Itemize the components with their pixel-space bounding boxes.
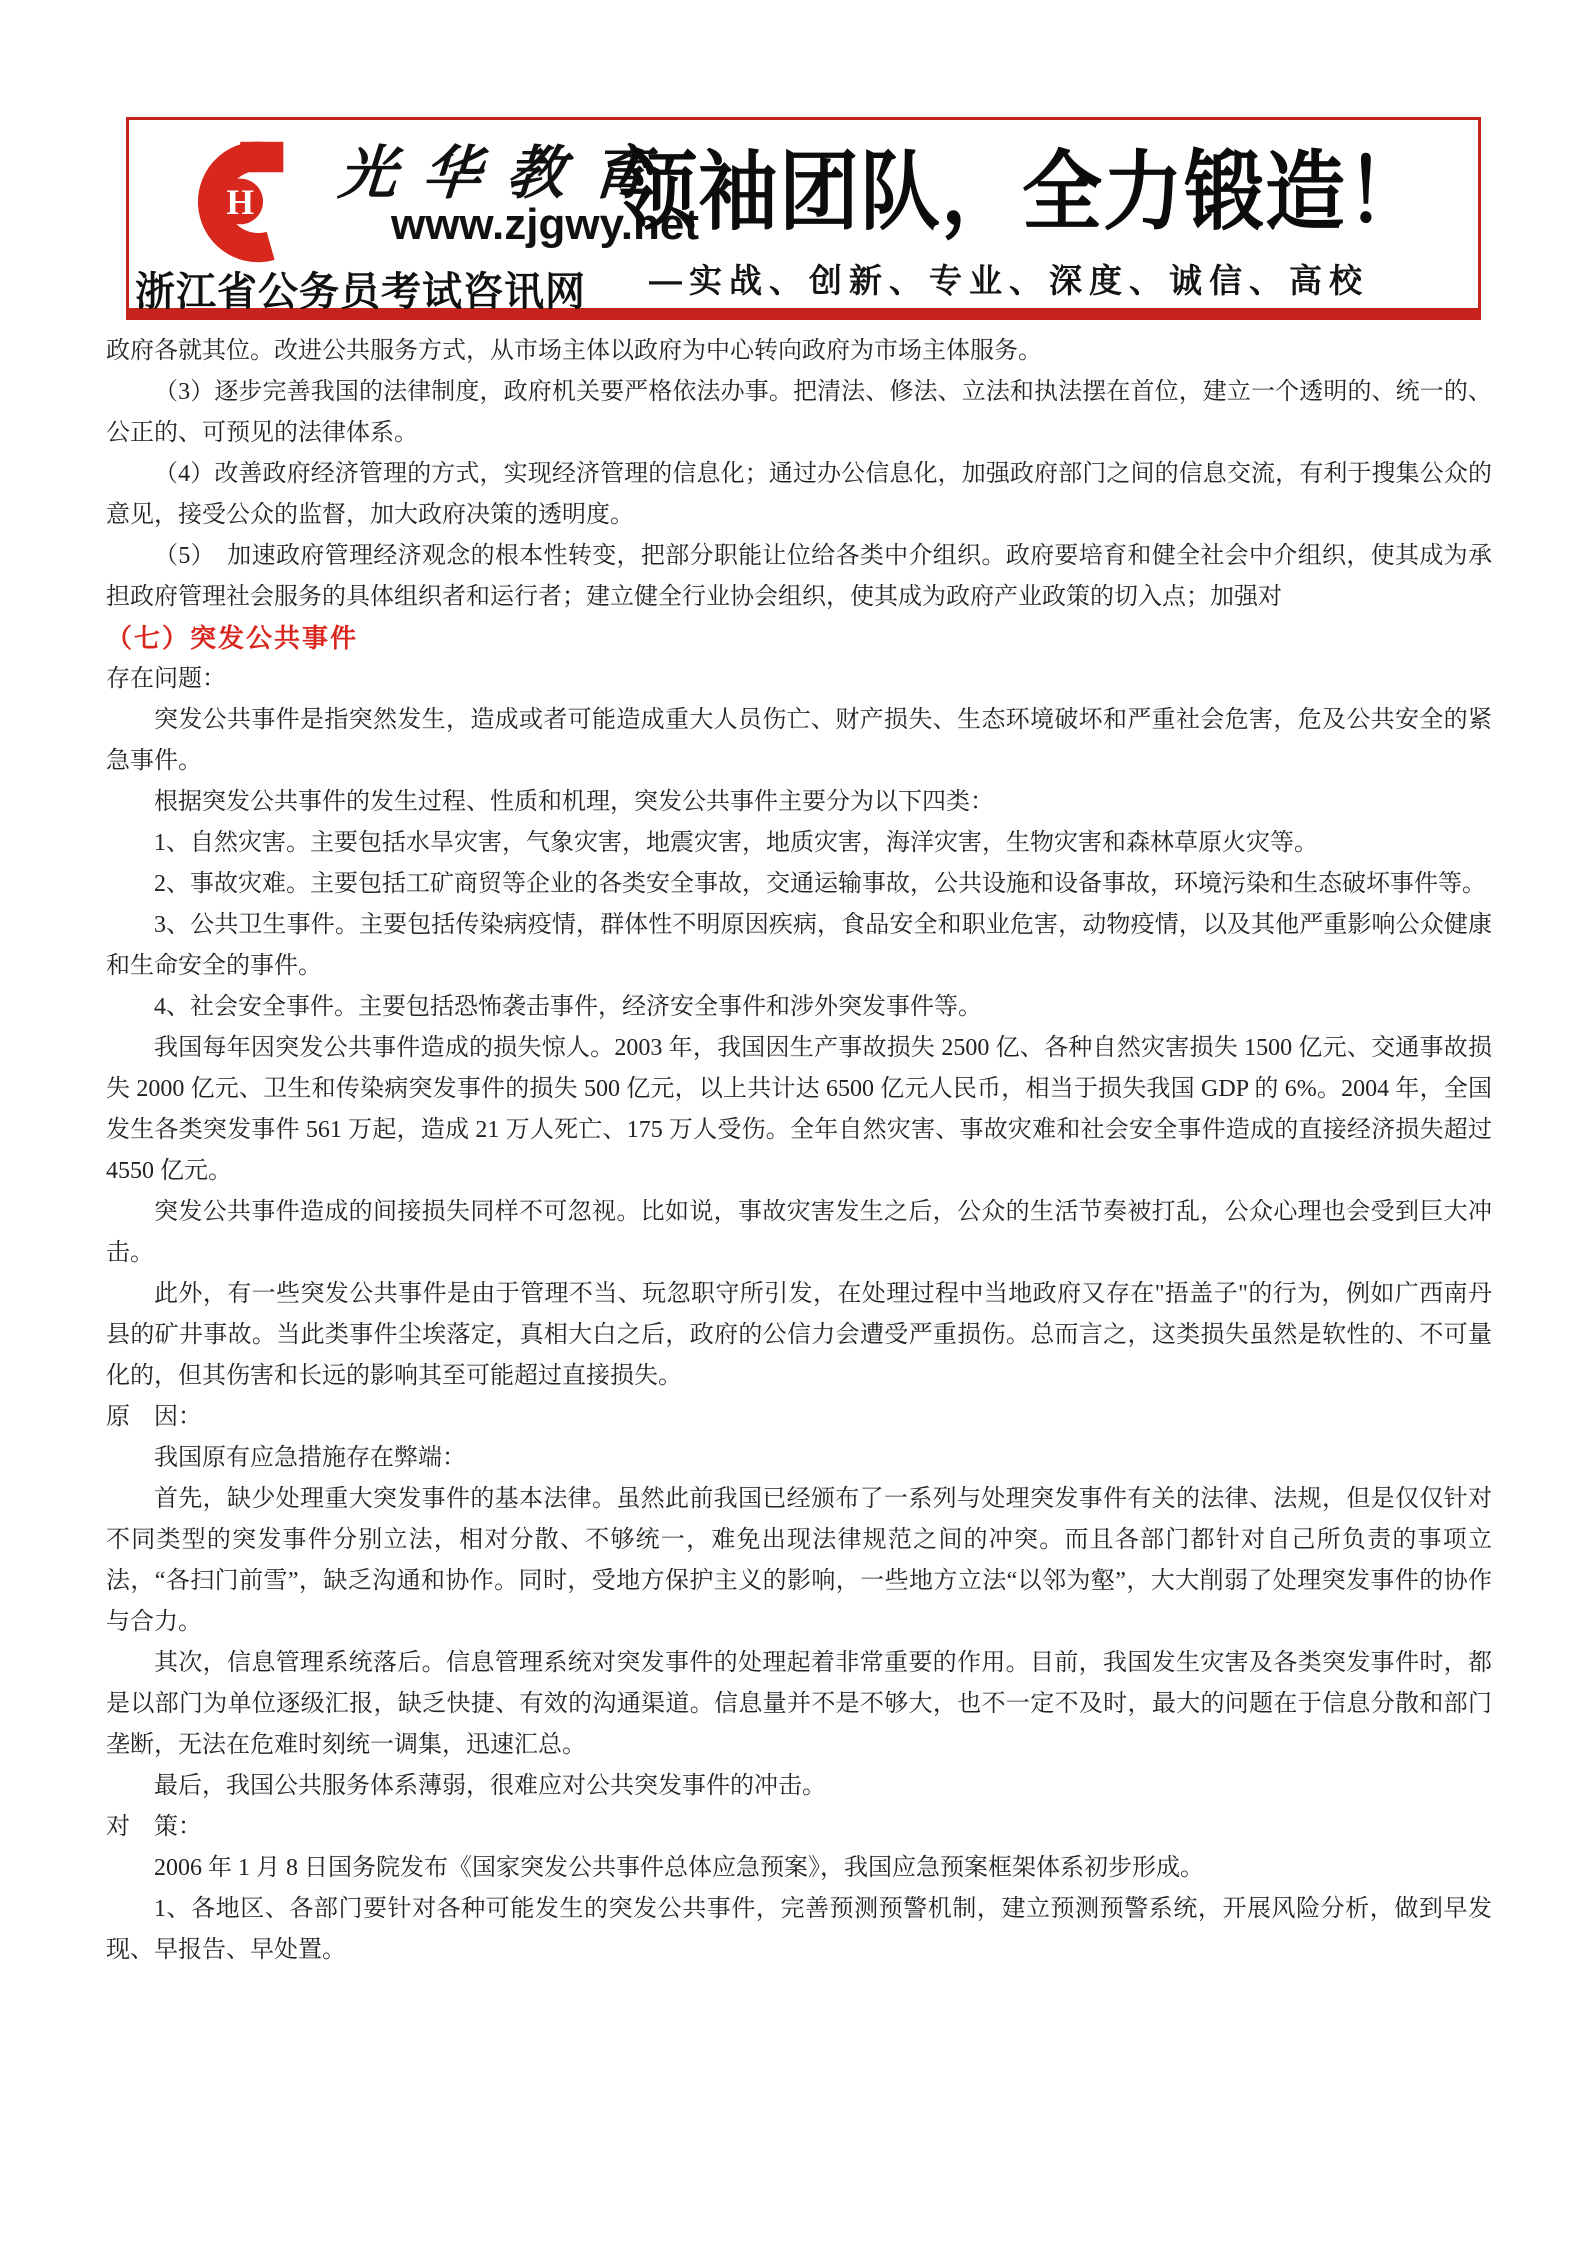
paragraph: 其次，信息管理系统落后。信息管理系统对突发事件的处理起着非常重要的作用。目前，我… xyxy=(106,1643,1492,1766)
paragraph: 根据突发公共事件的发生过程、性质和机理，突发公共事件主要分为以下四类： xyxy=(106,782,1492,823)
paragraph: 最后，我国公共服务体系薄弱，很难应对公共突发事件的冲击。 xyxy=(106,1766,1492,1807)
subsection-label: 存在问题： xyxy=(106,659,1492,700)
document-body: 政府各就其位。改进公共服务方式，从市场主体以政府为中心转向政府为市场主体服务。 … xyxy=(106,331,1492,1971)
paragraph: 突发公共事件是指突然发生，造成或者可能造成重大人员伤亡、财产损失、生态环境破坏和… xyxy=(106,700,1492,782)
list-item: 3、公共卫生事件。主要包括传染病疫情，群体性不明原因疾病，食品安全和职业危害，动… xyxy=(106,905,1492,987)
paragraph: 我国每年因突发公共事件造成的损失惊人。2003 年，我国因生产事故损失 2500… xyxy=(106,1028,1492,1192)
list-item: 1、各地区、各部门要针对各种可能发生的突发公共事件，完善预测预警机制，建立预测预… xyxy=(106,1889,1492,1971)
paragraph: （3）逐步完善我国的法律制度，政府机关要严格依法办事。把清法、修法、立法和执法摆… xyxy=(106,372,1492,454)
paragraph: 2006 年 1 月 8 日国务院发布《国家突发公共事件总体应急预案》，我国应急… xyxy=(106,1848,1492,1889)
header-slogan: 领袖团队，全力锻造！ xyxy=(617,122,1477,246)
paragraph: 政府各就其位。改进公共服务方式，从市场主体以政府为中心转向政府为市场主体服务。 xyxy=(106,331,1492,372)
paragraph: 突发公共事件造成的间接损失同样不可忽视。比如说，事故灾害发生之后，公众的生活节奏… xyxy=(106,1192,1492,1274)
subsection-label: 原 因： xyxy=(106,1397,1492,1438)
list-item: 4、社会安全事件。主要包括恐怖袭击事件，经济安全事件和涉外突发事件等。 xyxy=(106,987,1492,1028)
list-item: 1、自然灾害。主要包括水旱灾害，气象灾害，地震灾害，地质灾害，海洋灾害，生物灾害… xyxy=(106,823,1492,864)
paragraph: 首先，缺少处理重大突发事件的基本法律。虽然此前我国已经颁布了一系列与处理突发事件… xyxy=(106,1479,1492,1643)
paragraph: （5） 加速政府管理经济观念的根本性转变，把部分职能让位给各类中介组织。政府要培… xyxy=(106,536,1492,618)
paragraph: 此外，有一些突发公共事件是由于管理不当、玩忽职守所引发，在处理过程中当地政府又存… xyxy=(106,1274,1492,1397)
svg-text:H: H xyxy=(226,182,254,222)
site-name: 浙江省公务员考试咨讯网 xyxy=(135,260,605,317)
section-heading-red: （七）突发公共事件 xyxy=(106,618,1492,659)
document-page: H 光华教育 www.zjgwy.net 浙江省公务员考试咨讯网 领袖团队，全力… xyxy=(0,0,1594,2252)
header-banner: H 光华教育 www.zjgwy.net 浙江省公务员考试咨讯网 领袖团队，全力… xyxy=(126,117,1481,320)
subsection-label: 对 策： xyxy=(106,1807,1492,1848)
paragraph: 我国原有应急措施存在弊端： xyxy=(106,1438,1492,1479)
header-sub-slogan: —实战、创新、专业、深度、诚信、高校 xyxy=(649,255,1479,302)
list-item: 2、事故灾难。主要包括工矿商贸等企业的各类安全事故，交通运输事故，公共设施和设备… xyxy=(106,864,1492,905)
paragraph: （4）改善政府经济管理的方式，实现经济管理的信息化；通过办公信息化，加强政府部门… xyxy=(106,454,1492,536)
guanghua-logo-icon: H xyxy=(174,138,314,270)
